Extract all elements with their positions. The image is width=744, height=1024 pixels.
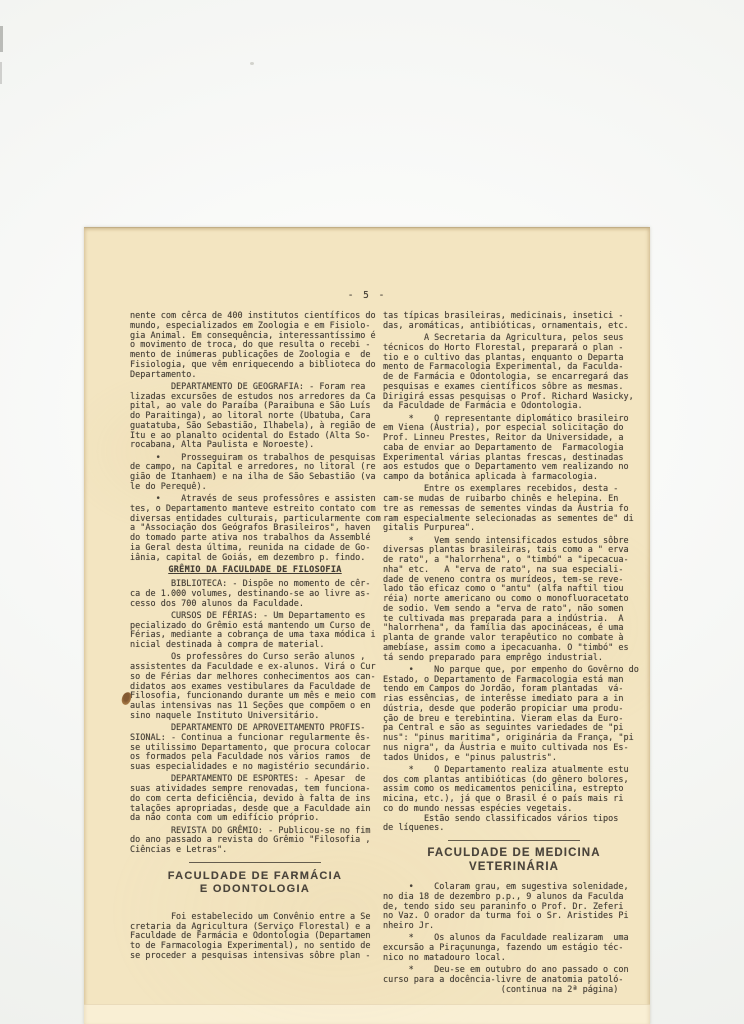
text-line: sino naquele Instituto Universitário. — [130, 712, 380, 722]
text-line: rocabana, Alta Paulista e Noroeste). — [130, 441, 380, 451]
text-line: Ciências e Letras". — [130, 846, 380, 856]
text-line: nicial destinada à compra de material. — [130, 641, 380, 651]
paragraph: * Os alunos da Faculdade realizaram umae… — [383, 934, 645, 963]
section-heading: FACULDADE DE FARMÁCIAE ODONTOLOGIA — [130, 870, 380, 897]
heading-line: FACULDADE DE MEDICINA VETERINÁRIA — [383, 847, 645, 874]
scanner-edge-mark — [0, 62, 2, 84]
paragraph: DEPARTAMENTO DE APROVEITAMENTO PROFIS-SI… — [130, 724, 380, 773]
paragraph: CURSOS DE FÉRIAS: - Um Departamento espe… — [130, 612, 380, 651]
text-line: nheiro Jr. — [383, 922, 645, 932]
paragraph: DEPARTAMENTO DE ESPORTES: - Apesar desua… — [130, 775, 380, 824]
paragraph: • Prosseguiram os trabalhos de pesquisas… — [130, 454, 380, 493]
text-line: (continua na 2ª página) — [383, 986, 645, 996]
text-line: iânia, capital de Goiás, em dezembro p. … — [130, 554, 380, 564]
text-line: tados Unidos, e "pinus palustris". — [383, 754, 645, 764]
paragraph: * Deu-se em outubro do ano passado o con… — [383, 966, 645, 995]
paper-fold-edge — [84, 1004, 650, 1024]
section-divider — [448, 840, 580, 841]
scanner-edge-mark — [0, 26, 3, 52]
dust-speck — [250, 62, 254, 65]
text-line: tá sendo preparado para emprêgo industri… — [383, 654, 645, 664]
heading-line: FACULDADE DE FARMÁCIA — [130, 870, 380, 884]
text-line: da não conta com um edifício próprio. — [130, 814, 380, 824]
paragraph: A Secretaria da Agricultura, pelos seust… — [383, 334, 645, 412]
paragraph: • Através de seus professôres e assisten… — [130, 495, 380, 563]
paragraph: • Colaram grau, em sugestiva solenidade,… — [383, 883, 645, 932]
paragraph: REVISTA DO GRÊMIO: - Publicou-se no fimd… — [130, 827, 380, 856]
text-line: campo da botânica aplicada à farmacologi… — [383, 473, 645, 483]
text-line: de líquenes. — [383, 824, 645, 834]
heading-line: E ODONTOLOGIA — [130, 883, 380, 897]
paragraph: Foi estabelecido um Convênio entre a Sec… — [130, 913, 380, 962]
paragraph: * O Departamento realiza atualmente estu… — [383, 766, 645, 834]
text-line: cesso dos 700 alunos da Faculdade. — [130, 600, 380, 610]
text-line: gitalis Purpurea". — [383, 524, 645, 534]
section-heading: FACULDADE DE MEDICINA VETERINÁRIA — [383, 847, 645, 874]
text-line: le do Perequê). — [130, 483, 380, 493]
text-line: se proceder a pesquisas intensivas sôbre… — [130, 952, 380, 962]
scanned-page: - 5 - nente com cêrca de 400 institutos … — [84, 227, 650, 1024]
text-line: da Faculdade de Farmácia e Odontologia. — [383, 402, 645, 412]
paragraph: DEPARTAMENTO DE GEOGRAFIA: - Foram reali… — [130, 383, 380, 451]
text-column-left: nente com cêrca de 400 institutos cientí… — [130, 312, 380, 964]
paragraph: Entre os exemplares recebidos, desta -ca… — [383, 485, 645, 534]
text-line: Departamento. — [130, 371, 380, 381]
section-divider — [189, 862, 321, 863]
text-line: suas especialidades e no magistério secu… — [130, 763, 380, 773]
paragraph: tas típicas brasileiras, medicinais, ins… — [383, 312, 645, 332]
text-line: nico no matadouro local. — [383, 954, 645, 964]
paragraph: nente com cêrca de 400 institutos cientí… — [130, 312, 380, 380]
paragraph: * O representante diplomático brasileiro… — [383, 415, 645, 483]
text-column-right: tas típicas brasileiras, medicinais, ins… — [383, 312, 645, 998]
page-number: - 5 - — [84, 290, 650, 301]
paragraph: Os professôres do Curso serão alunos ,as… — [130, 653, 380, 721]
paragraph: * Vem sendo intensificados estudos sôbre… — [383, 537, 645, 664]
paragraph: BIBLIOTECA: - Dispõe no momento de cêr-c… — [130, 580, 380, 609]
section-heading: GRÊMIO DA FACULDADE DE FILOSOFIA — [130, 566, 380, 576]
text-line: das, aromáticas, antibióticas, ornamenta… — [383, 322, 645, 332]
paragraph: • No parque que, por empenho do Govêrno … — [383, 666, 645, 764]
